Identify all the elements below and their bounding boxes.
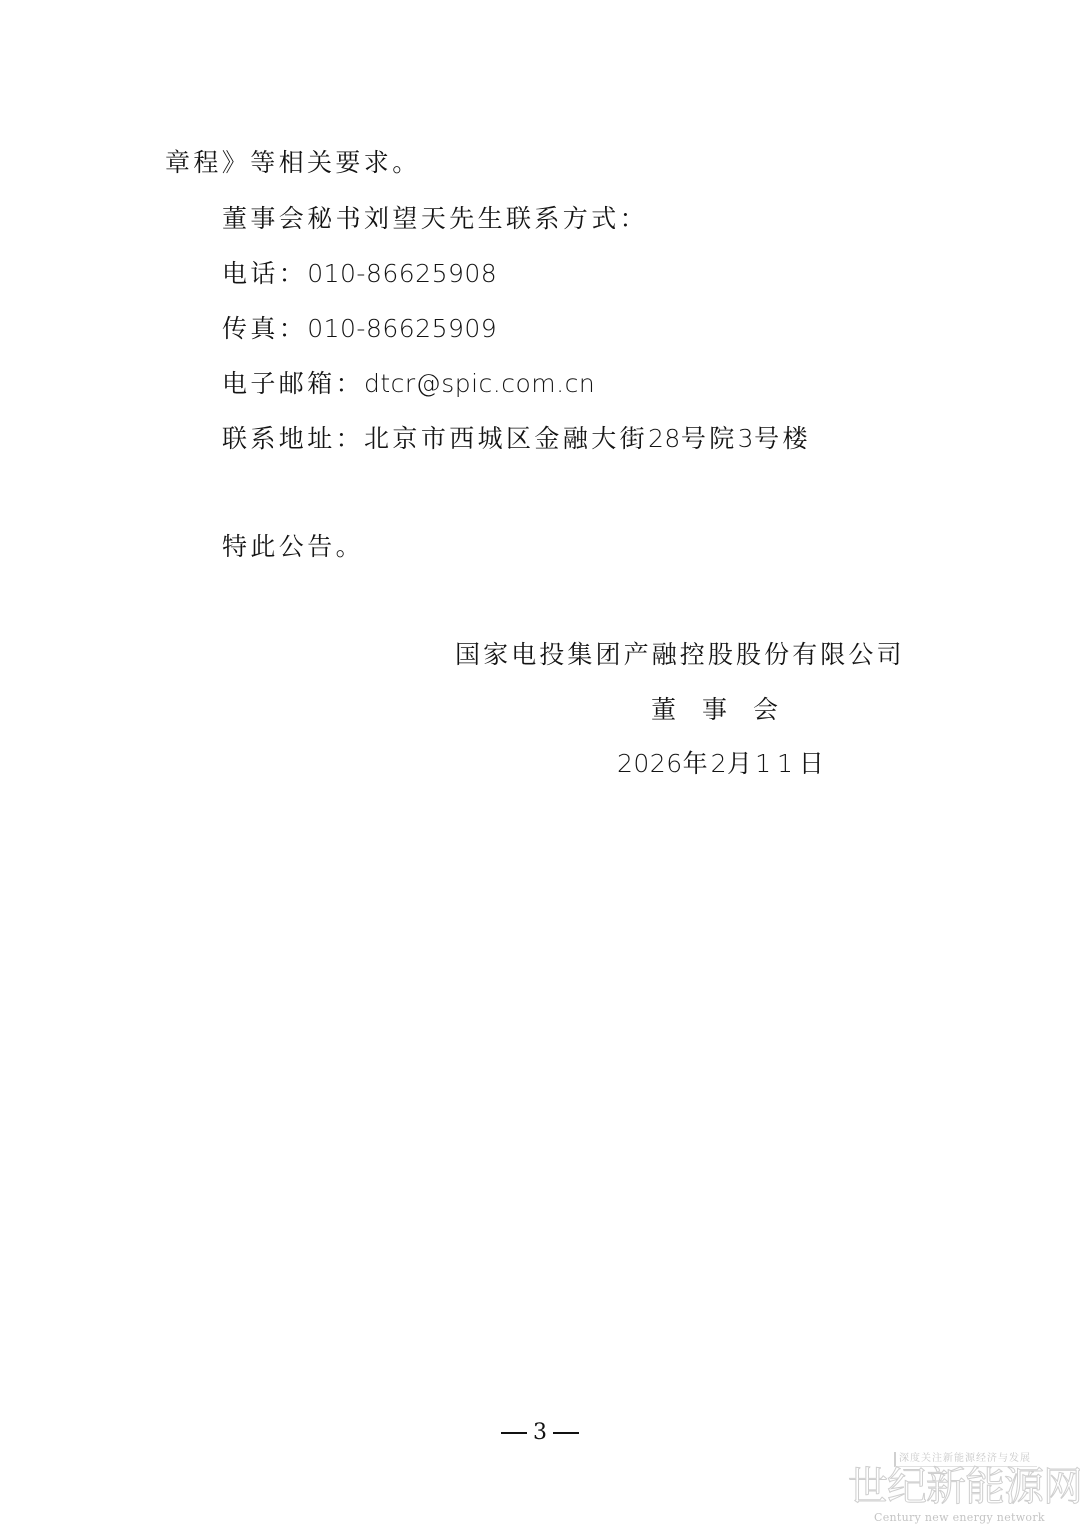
- date-day-suffix: 日: [799, 749, 827, 778]
- contact-email: 电子邮箱：dtcr@spic.com.cn: [222, 368, 595, 400]
- fax-label: 传真：: [222, 314, 307, 343]
- address-part-3: 号楼: [754, 424, 811, 453]
- contact-intro: 董事会秘书刘望天先生联系方式：: [222, 203, 648, 235]
- date-year-suffix: 年: [683, 749, 711, 778]
- date-day: 11: [755, 749, 799, 778]
- contact-address: 联系地址：北京市西城区金融大街28号院3号楼: [222, 423, 811, 455]
- address-part-2: 号院: [681, 424, 738, 453]
- closing-statement: 特此公告。: [222, 531, 364, 563]
- address-label: 联系地址：: [222, 424, 364, 453]
- address-number-2: 3: [738, 424, 754, 453]
- watermark-subtitle: Century new energy network: [874, 1511, 1045, 1524]
- address-number-1: 28: [648, 424, 681, 453]
- address-part-1: 北京市西城区金融大街: [364, 424, 648, 453]
- signature-board: 董事会: [651, 694, 804, 726]
- email-value: dtcr@spic.com.cn: [364, 369, 595, 398]
- dash-left: [501, 1432, 527, 1434]
- date-month: 2: [711, 749, 727, 778]
- watermark-banner: 深度关注新能源经济与发展: [894, 1452, 1037, 1467]
- body-text-continuation: 章程》等相关要求。: [165, 147, 421, 179]
- page-number-value: 3: [533, 1420, 547, 1445]
- fax-value: 010-86625909: [307, 314, 497, 343]
- phone-label: 电话：: [222, 259, 307, 288]
- contact-fax: 传真：010-86625909: [222, 313, 497, 345]
- contact-phone: 电话：010-86625908: [222, 258, 497, 290]
- date-year: 2026: [617, 749, 683, 778]
- document-page: 章程》等相关要求。 董事会秘书刘望天先生联系方式： 电话：010-8662590…: [0, 0, 1080, 1527]
- watermark-logo: 深度关注新能源经济与发展 世纪新能源网 Century new energy n…: [846, 1450, 1080, 1527]
- watermark-title: 世纪新能源网: [848, 1464, 1080, 1510]
- page-number: 3: [0, 1420, 1080, 1445]
- phone-value: 010-86625908: [307, 259, 497, 288]
- email-label: 电子邮箱：: [222, 369, 364, 398]
- signature-company: 国家电投集团产融控股股份有限公司: [455, 639, 905, 671]
- date-month-suffix: 月: [727, 749, 755, 778]
- signature-date: 2026年2月11日: [617, 748, 827, 780]
- dash-right: [553, 1432, 579, 1434]
